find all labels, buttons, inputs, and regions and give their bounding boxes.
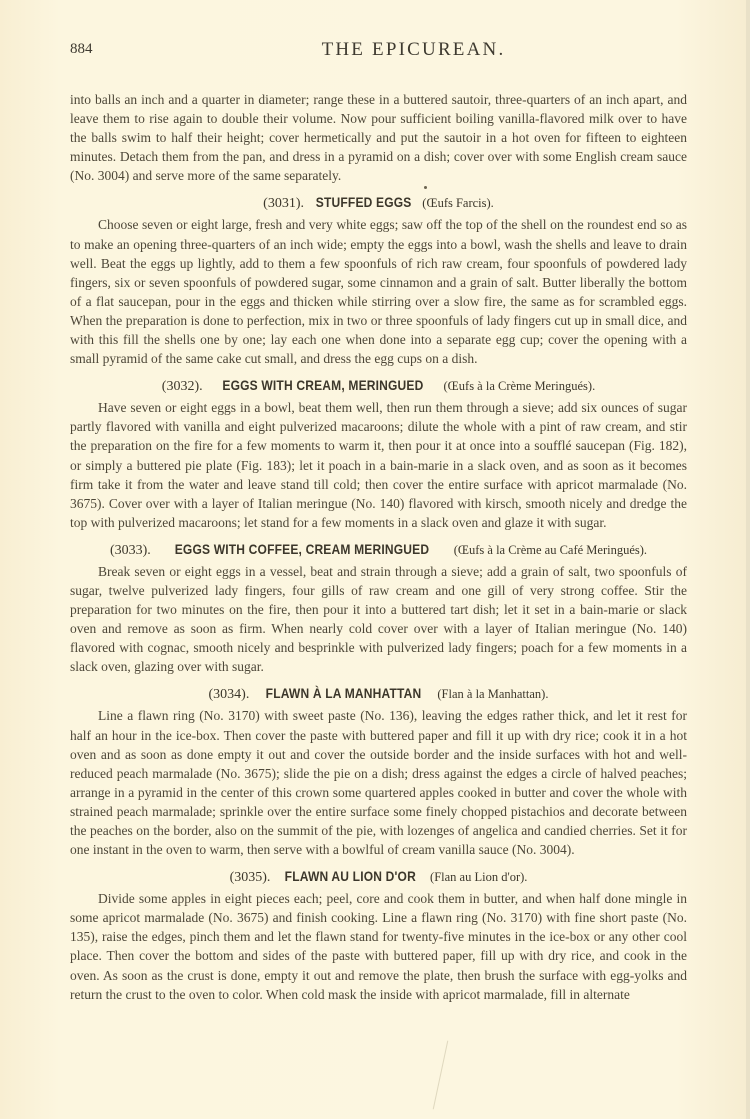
page-edge <box>746 0 750 1119</box>
recipe-french-title: (Œufs Farcis). <box>422 196 494 210</box>
recipe-number: (3035). <box>230 870 271 885</box>
recipe-text: Have seven or eight eggs in a bowl, beat… <box>70 398 687 532</box>
recipe-heading: (3033). EGGS WITH COFFEE, CREAM MERINGUE… <box>70 540 687 560</box>
recipe-number: (3031). <box>263 196 304 211</box>
recipe-3034: (3034). FLAWN À LA MANHATTAN (Flan à la … <box>70 684 687 859</box>
recipe-number: (3032). <box>162 379 203 394</box>
recipe-title: STUFFED EGGS <box>315 193 411 212</box>
recipe-french-title: (Œufs à la Crème au Café Meringués). <box>454 543 647 557</box>
recipe-french-title: (Œufs à la Crème Meringués). <box>444 379 596 393</box>
recipe-3033: (3033). EGGS WITH COFFEE, CREAM MERINGUE… <box>70 540 687 677</box>
recipe-french-title: (Flan à la Manhattan). <box>437 687 548 701</box>
recipe-3031: (3031). STUFFED EGGS (Œufs Farcis). Choo… <box>70 193 687 368</box>
recipe-title: EGGS WITH COFFEE, CREAM MERINGUED <box>175 540 430 559</box>
continuation-paragraph: into balls an inch and a quarter in diam… <box>70 90 687 185</box>
running-title: THE EPICUREAN. <box>70 39 687 61</box>
recipe-heading: (3031). STUFFED EGGS (Œufs Farcis). <box>70 193 687 213</box>
book-page: 884 THE EPICUREAN. into balls an inch an… <box>0 0 750 1119</box>
ink-speck <box>424 186 427 189</box>
recipe-number: (3034). <box>209 687 250 702</box>
paper-crease <box>433 1041 449 1110</box>
recipe-number: (3033). <box>110 543 151 558</box>
page-content: into balls an inch and a quarter in diam… <box>70 90 687 1004</box>
recipe-text: Line a flawn ring (No. 3170) with sweet … <box>70 706 687 859</box>
recipe-heading: (3034). FLAWN À LA MANHATTAN (Flan à la … <box>70 684 687 704</box>
recipe-3032: (3032). EGGS WITH CREAM, MERINGUED (Œufs… <box>70 376 687 532</box>
recipe-text: Break seven or eight eggs in a vessel, b… <box>70 562 687 677</box>
recipe-text: Divide some apples in eight pieces each;… <box>70 889 687 1004</box>
page-header: 884 THE EPICUREAN. <box>70 41 687 65</box>
recipe-french-title: (Flan au Lion d'or). <box>430 870 527 884</box>
recipe-title: FLAWN À LA MANHATTAN <box>266 684 422 703</box>
recipe-3035: (3035). FLAWN AU LION D'OR (Flan au Lion… <box>70 867 687 1004</box>
recipe-heading: (3032). EGGS WITH CREAM, MERINGUED (Œufs… <box>70 376 687 396</box>
recipe-heading: (3035). FLAWN AU LION D'OR (Flan au Lion… <box>70 867 687 887</box>
recipe-title: FLAWN AU LION D'OR <box>285 867 416 886</box>
recipe-text: Choose seven or eight large, fresh and v… <box>70 215 687 368</box>
recipe-title: EGGS WITH CREAM, MERINGUED <box>222 376 423 395</box>
